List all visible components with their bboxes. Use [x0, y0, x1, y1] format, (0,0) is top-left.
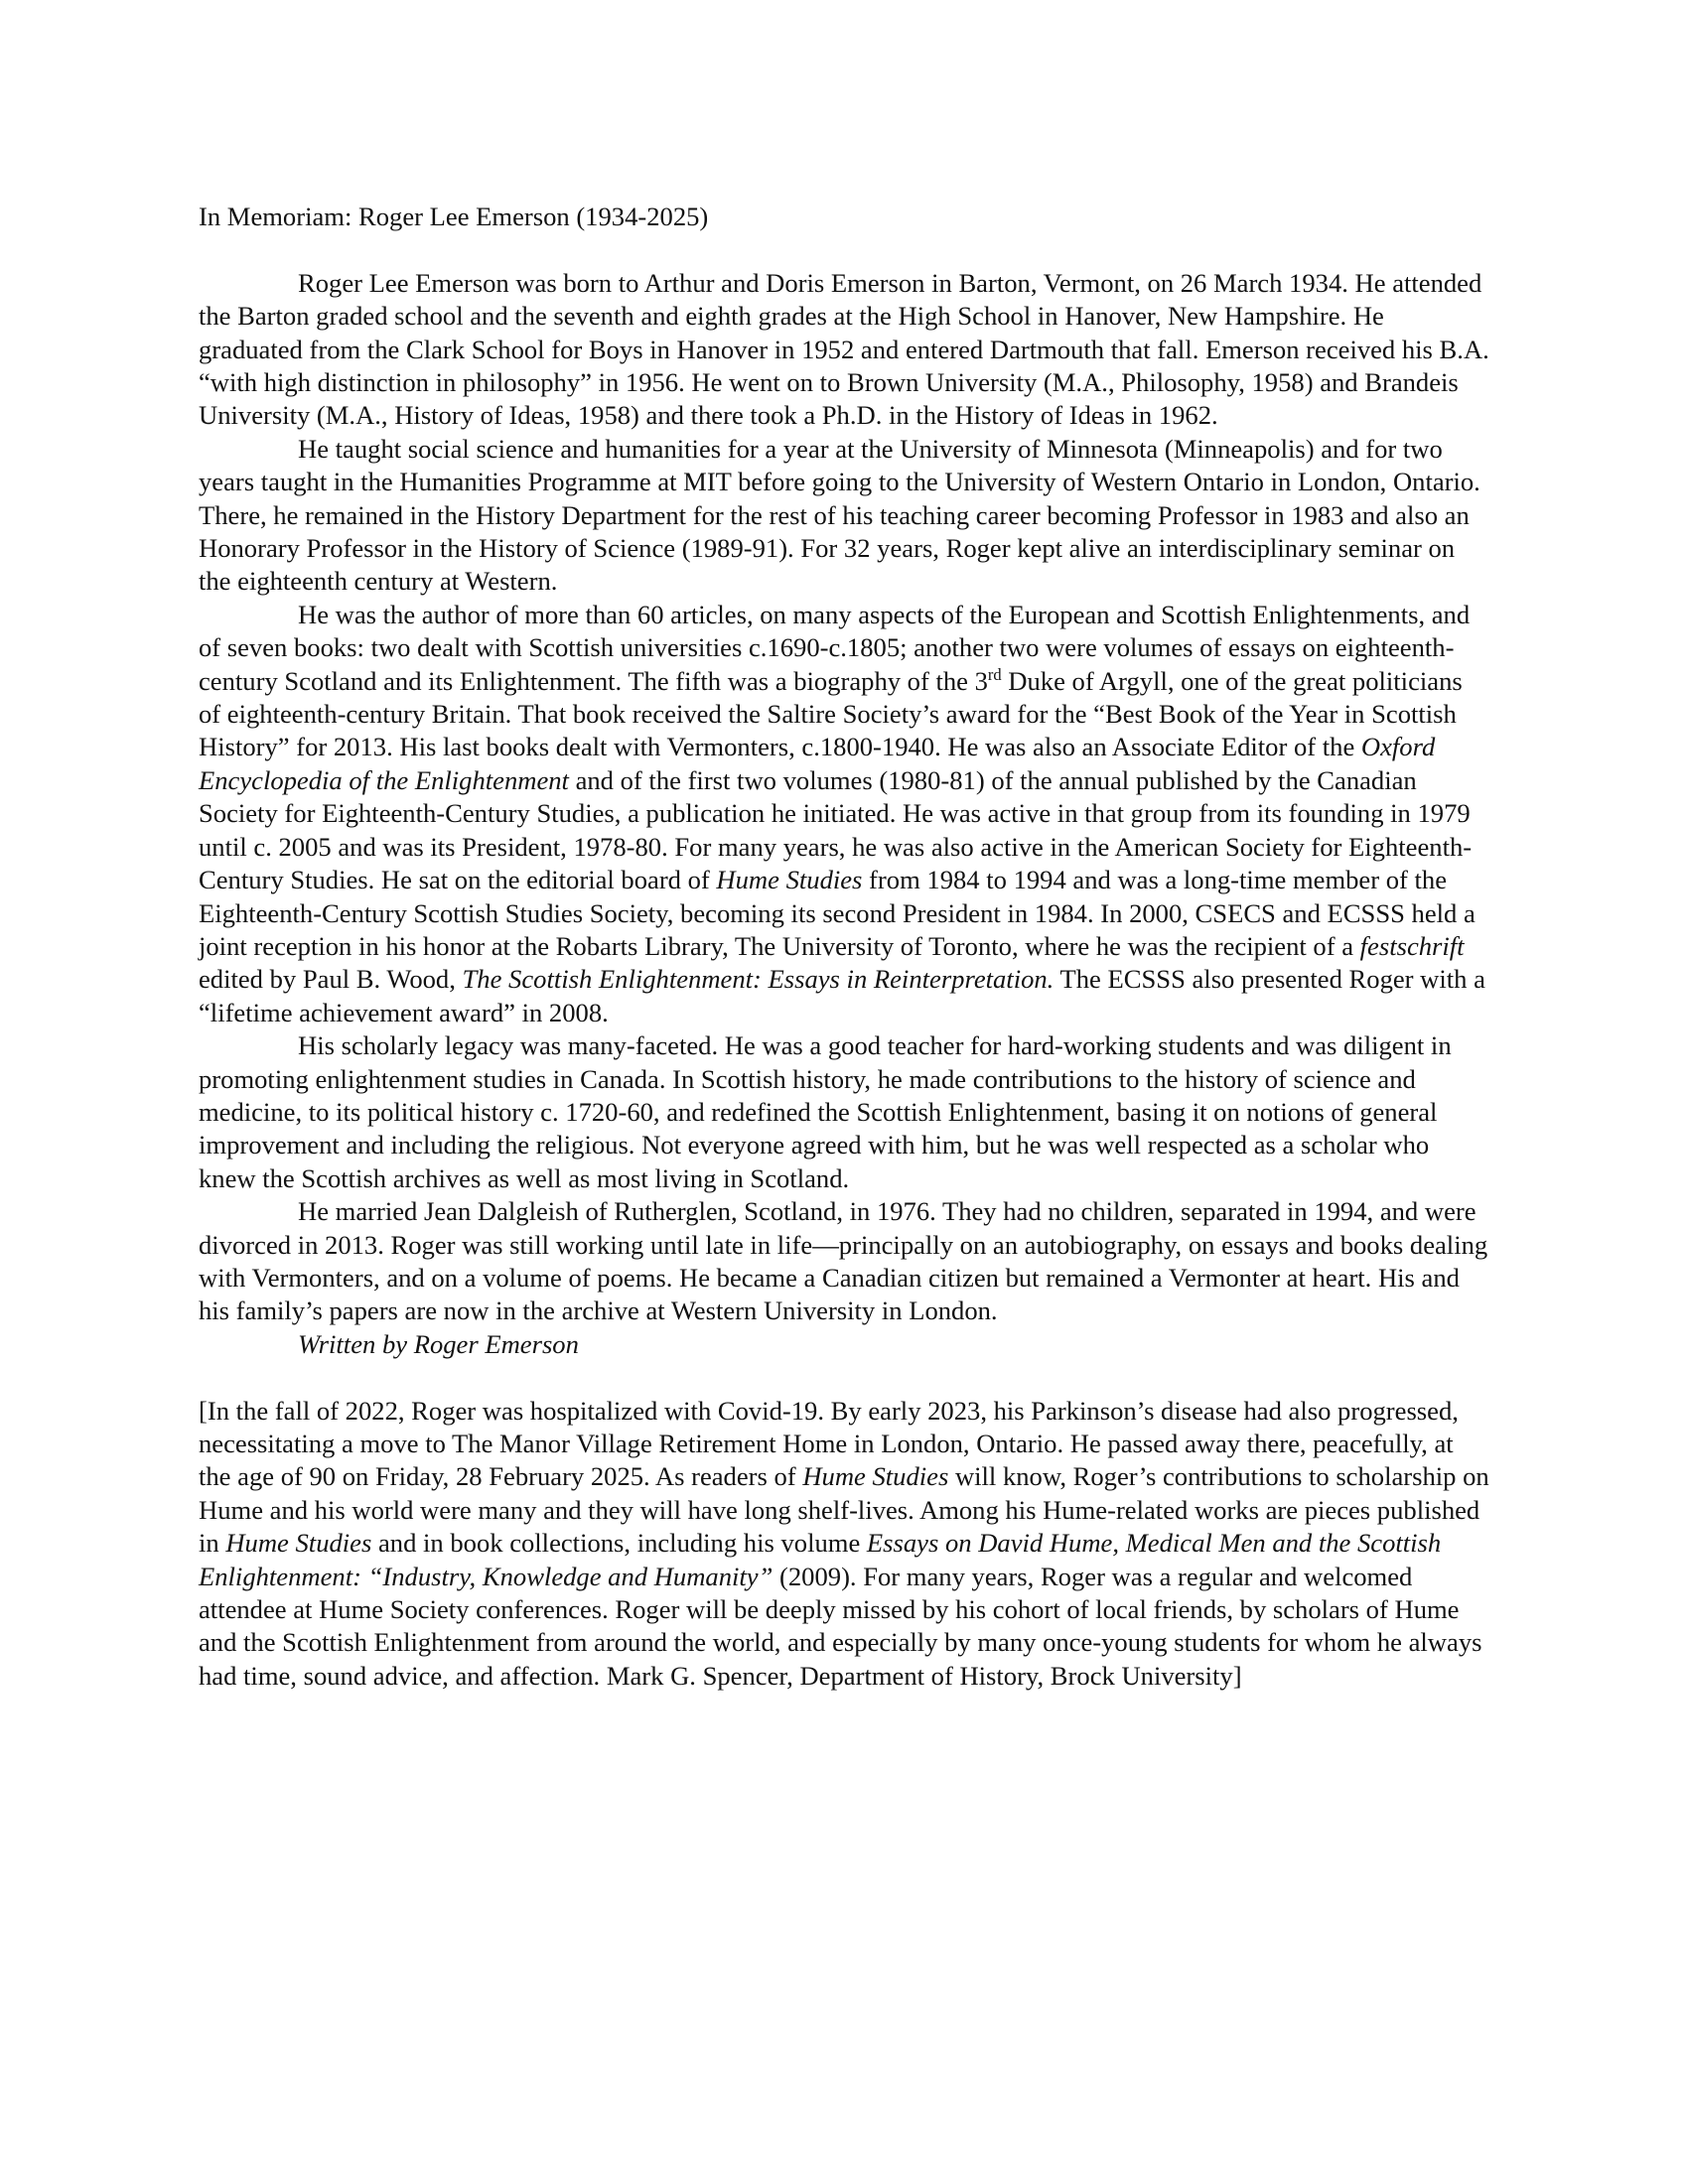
italic-title-scottish-enlightenment: The Scottish Enlightenment: Essays in Re…: [463, 964, 1055, 994]
paragraph-publications: He was the author of more than 60 articl…: [199, 599, 1489, 1029]
superscript-ordinal: rd: [988, 665, 1002, 684]
paragraph-personal-life: He married Jean Dalgleish of Rutherglen,…: [199, 1195, 1489, 1328]
text-segment: and in book collections, including his v…: [371, 1528, 867, 1558]
signature-line: Written by Roger Emerson: [199, 1328, 1489, 1361]
paragraph-career: He taught social science and humanities …: [199, 433, 1489, 599]
italic-title-hume-studies: Hume Studies: [802, 1461, 948, 1491]
italic-title-hume-studies: Hume Studies: [716, 865, 862, 894]
document-page: In Memoriam: Roger Lee Emerson (1934-202…: [199, 201, 1489, 1693]
document-title: In Memoriam: Roger Lee Emerson (1934-202…: [199, 201, 1489, 233]
editor-note-paragraph: [In the fall of 2022, Roger was hospital…: [199, 1395, 1489, 1694]
italic-festschrift: festschrift: [1360, 931, 1465, 961]
paragraph-legacy: His scholarly legacy was many-faceted. H…: [199, 1029, 1489, 1195]
paragraph-early-life: Roger Lee Emerson was born to Arthur and…: [199, 267, 1489, 433]
italic-title-hume-studies: Hume Studies: [225, 1528, 371, 1558]
text-segment: edited by Paul B. Wood,: [199, 964, 463, 994]
